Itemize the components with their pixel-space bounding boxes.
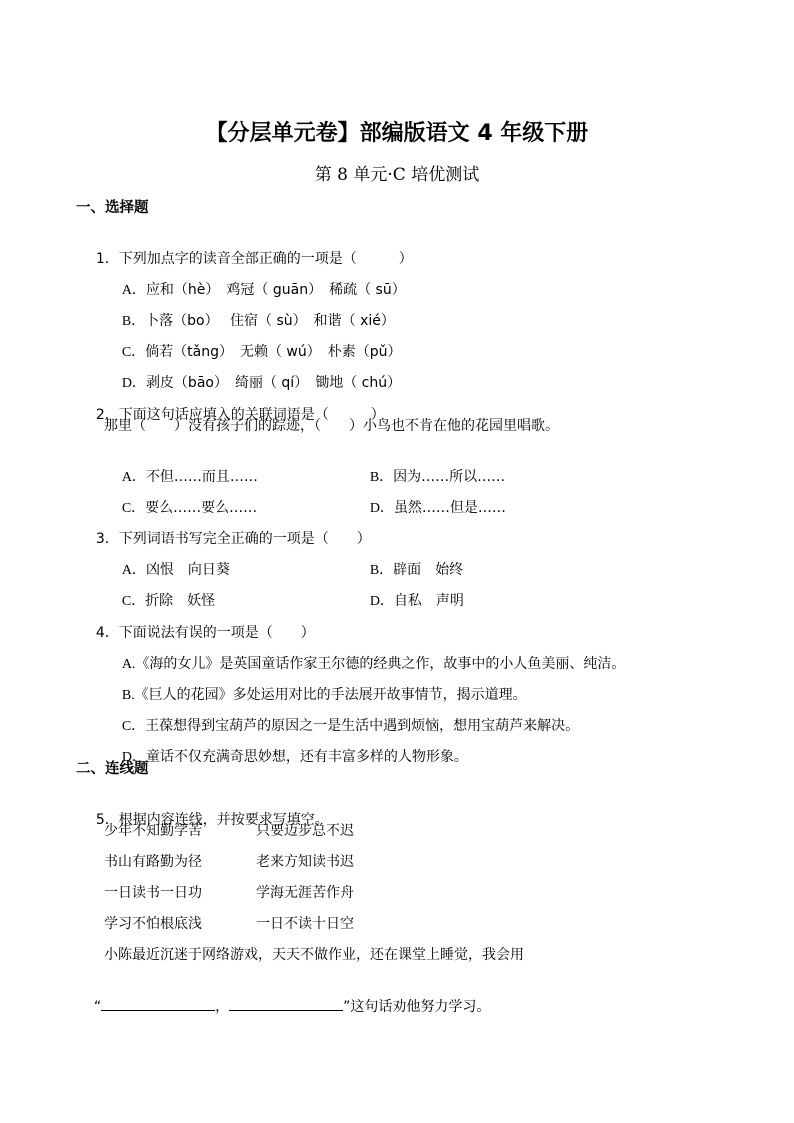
fill-paragraph-line-1: 小陈最近沉迷于网络游戏，天天不做作业，还在课堂上睡觉，我会用 bbox=[104, 945, 524, 965]
match-left-item-2[interactable]: 书山有路勤为径 bbox=[104, 852, 202, 872]
q2-option-d: D．虽然……但是…… bbox=[352, 478, 506, 539]
match-left-item-4[interactable]: 学习不怕根底浅 bbox=[104, 914, 202, 934]
match-right-item-4[interactable]: 一日不读十日空 bbox=[256, 914, 354, 934]
section-heading-matching: 二、连线题 bbox=[76, 759, 149, 779]
fill-paragraph-line-2: “，”这句话劝他努力学习。 bbox=[76, 976, 490, 1037]
question-2-sentence: 那里（ ）没有孩子们的踪迹，（ ）小鸟也不肯在他的花园里唱歌。 bbox=[104, 416, 559, 436]
option-text: 虽然……但是…… bbox=[394, 500, 506, 516]
match-left-item-3[interactable]: 一日读书一日功 bbox=[104, 883, 202, 903]
document-subtitle: 第 8 单元·C 培优测试 bbox=[0, 163, 794, 187]
answer-blank-2[interactable] bbox=[229, 996, 343, 1011]
document-title: 【分层单元卷】部编版语文 4 年级下册 bbox=[0, 119, 794, 149]
answer-blank-1[interactable] bbox=[101, 996, 215, 1011]
option-text: 童话不仅充满奇思妙想，还有丰富多样的人物形象。 bbox=[146, 749, 468, 765]
match-right-item-3[interactable]: 学海无涯苦作舟 bbox=[256, 883, 354, 903]
closing-text: ”这句话劝他努力学习。 bbox=[343, 999, 490, 1015]
match-right-item-2[interactable]: 老来方知读书迟 bbox=[256, 852, 354, 872]
question-2-stem: 2．下面这句话应填入的关联词语是（ ） bbox=[78, 385, 385, 445]
exam-page: 【分层单元卷】部编版语文 4 年级下册 第 8 单元·C 培优测试 一、选择题 … bbox=[0, 0, 794, 1123]
question-5-stem: 5．根据内容连线，并按要求写填空。 bbox=[78, 790, 329, 850]
comma: ， bbox=[215, 999, 229, 1015]
option-letter: D． bbox=[370, 594, 394, 609]
open-quote: “ bbox=[94, 999, 101, 1015]
section-heading-choice: 一、选择题 bbox=[76, 198, 149, 218]
match-right-item-1[interactable]: 只要迈步总不迟 bbox=[256, 821, 354, 841]
q4-option-d: D．童话不仅充满奇思妙想，还有丰富多样的人物形象。 bbox=[104, 727, 468, 788]
q3-option-d: D．自私 声明 bbox=[352, 571, 464, 632]
option-text: 自私 声明 bbox=[394, 593, 464, 609]
option-letter: D． bbox=[370, 501, 394, 516]
match-left-item-1[interactable]: 少年不知勤学苦 bbox=[104, 821, 202, 841]
